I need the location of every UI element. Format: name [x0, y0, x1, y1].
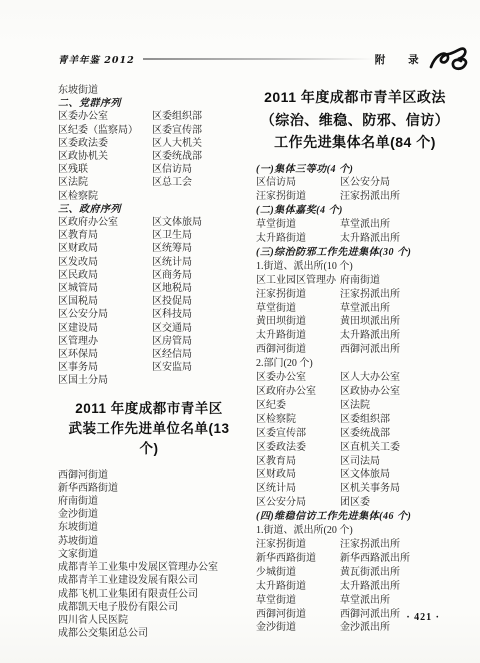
list-item: 成都青羊工业建设发展有限公司 — [58, 574, 240, 587]
table-row: 区委宣传部区委统战部 — [256, 427, 454, 441]
cell-col1: 区民政局 — [58, 269, 152, 282]
table-row: 区检察院区委组织部 — [256, 413, 454, 427]
list-item: 西御河街道 — [58, 469, 240, 482]
cell-col2: 区安监局 — [152, 361, 240, 374]
cell-col2: 汪家拐派出所 — [340, 538, 454, 552]
table-row: 区环保局区经信局 — [58, 348, 240, 361]
list-item: 成都凯天电子股份有限公司 — [58, 601, 240, 614]
cell-col1: 新华西路街道 — [256, 552, 340, 566]
table-row: 太升路街道太升路派出所 — [256, 580, 454, 594]
table-row: 区残联区信访局 — [58, 163, 240, 176]
table-row: 区信访局区公安分局 — [256, 176, 454, 190]
cell-col1: 区国税局 — [58, 295, 152, 308]
cell-col2: 区文体旅局 — [340, 468, 454, 482]
cell-col2: 区科技局 — [152, 308, 240, 321]
cell-col1: 区教育局 — [256, 455, 340, 469]
table-row: 区教育局区司法局 — [256, 455, 454, 469]
cell-col1: 金沙街道 — [256, 621, 340, 635]
cell-col2: 区法院 — [340, 399, 454, 413]
cell-col2: 团区委 — [340, 496, 454, 510]
cell-col2: 区交通局 — [152, 322, 240, 335]
cell-col1: 草堂街道 — [256, 594, 340, 608]
table-row: 汪家拐街道汪家拐派出所 — [256, 538, 454, 552]
cell-col1: 区委政法委 — [256, 441, 340, 455]
cell-col1: 区信访局 — [256, 176, 340, 190]
table-row: 区公安分局区科技局 — [58, 308, 240, 321]
table-row: 区委办公室区人大办公室 — [256, 371, 454, 385]
cell-col1: 区公安分局 — [256, 496, 340, 510]
cell-col1: 区纪委（监察局） — [58, 124, 152, 137]
right-heading-line1: 2011 年度成都市青羊区政法 — [264, 89, 446, 105]
table-row: 汪家拐街道汪家拐派出所 — [256, 288, 454, 302]
list-item: 东坡街道 — [58, 521, 240, 534]
cell-col1: 西御河街道 — [256, 343, 340, 357]
cell-col2: 区政协办公室 — [340, 385, 454, 399]
cell-col1: 区建设局 — [58, 322, 152, 335]
list-item: 东坡街道 — [58, 84, 240, 97]
cell-col2 — [152, 190, 240, 203]
cell-col2: 太升路派出所 — [340, 329, 454, 343]
cell-col1: 太升路街道 — [256, 329, 340, 343]
cell-col1: 区财政局 — [58, 242, 152, 255]
table-row: 区委政法委区直机关工委 — [256, 441, 454, 455]
left-directory: 东坡街道二、党群序列区委办公室区委组织部区纪委（监察局）区委宣传部区委政法委区人… — [58, 84, 240, 388]
cell-col1: 少城街道 — [256, 566, 340, 580]
cell-col1: 区公安分局 — [58, 308, 152, 321]
cell-col2: 区委宣传部 — [152, 124, 240, 137]
cell-col2: 区房管局 — [152, 335, 240, 348]
scanned-page: 青羊年鉴 2012 附 录 东坡街道二、党群序列区委办公室区委组织部区纪委（监察… — [0, 0, 480, 663]
cell-col1: 区工业园区管理办 — [256, 274, 340, 288]
cell-col2: 新华西路派出所 — [340, 552, 454, 566]
section-label: (一)集体三等功(4 个) — [256, 163, 454, 177]
right-heading: 2011 年度成都市青羊区政法 （综治、维稳、防邪、信访） 工作先进集体名单(8… — [256, 86, 454, 154]
table-row: 区工业园区管理办府南街道 — [256, 274, 454, 288]
table-row: 区法院区总工会 — [58, 176, 240, 189]
table-row: 区统计局区机关事务局 — [256, 482, 454, 496]
cell-col1: 西御河街道 — [256, 608, 340, 622]
cell-col1: 区国土分局 — [58, 374, 152, 387]
right-award-blocks: (一)集体三等功(4 个)区信访局区公安分局汪家拐街道汪家拐派出所(二)集体嘉奖… — [256, 163, 454, 636]
right-column: 2011 年度成都市青羊区政法 （综治、维稳、防邪、信访） 工作先进集体名单(8… — [256, 84, 454, 633]
left-column: 东坡街道二、党群序列区委办公室区委组织部区纪委（监察局）区委宣传部区委政法委区人… — [58, 84, 240, 633]
table-row: 少城街道黄瓦街派出所 — [256, 566, 454, 580]
table-row: 区政协机关区委统战部 — [58, 150, 240, 163]
page-number: · 421 · — [406, 612, 440, 623]
cell-col2: 区统筹局 — [152, 242, 240, 255]
cell-col2: 区文体旅局 — [152, 216, 240, 229]
cell-col1: 区法院 — [58, 176, 152, 189]
cell-col2: 区委统战部 — [340, 427, 454, 441]
cell-col1: 区委政法委 — [58, 137, 152, 150]
section-label: (二)集体嘉奖(4 个) — [256, 204, 454, 218]
list-item: 成都青羊工业集中发展区管理办公室 — [58, 561, 240, 574]
cell-col2: 草堂派出所 — [340, 302, 454, 316]
cell-col1: 区残联 — [58, 163, 152, 176]
book-title: 青羊年鉴 2012 — [58, 52, 135, 66]
cell-col1: 汪家拐街道 — [256, 538, 340, 552]
cell-col2: 草堂派出所 — [340, 218, 454, 232]
table-row: 区建设局区交通局 — [58, 322, 240, 335]
cell-col2: 汪家拐派出所 — [340, 190, 454, 204]
table-row: 新华西路街道新华西路派出所 — [256, 552, 454, 566]
cell-col2: 区委组织部 — [340, 413, 454, 427]
table-row: 区纪委区法院 — [256, 399, 454, 413]
cell-col2: 区委统战部 — [152, 150, 240, 163]
left-heading-line1: 2011 年度成都市青羊区 — [75, 401, 223, 416]
table-row: 区国税局区投促局 — [58, 295, 240, 308]
list-item: 成都飞机工业集团有限责任公司 — [58, 588, 240, 601]
cell-col1: 区政协机关 — [58, 150, 152, 163]
table-row: 区政府办公室区文体旅局 — [58, 216, 240, 229]
section-label: 二、党群序列 — [58, 97, 240, 110]
list-item: 府南街道 — [58, 495, 240, 508]
left-heading: 2011 年度成都市青羊区 武装工作先进单位名单(13 个) — [58, 399, 240, 459]
cell-col2: 太升路派出所 — [340, 232, 454, 246]
table-row: 金沙街道金沙派出所 — [256, 621, 454, 635]
cell-col1: 草堂街道 — [256, 218, 340, 232]
cell-col2: 太升路派出所 — [340, 580, 454, 594]
cell-col1: 区环保局 — [58, 348, 152, 361]
table-row: 区国土分局 — [58, 374, 240, 387]
cell-col2: 西御河派出所 — [340, 343, 454, 357]
cell-col2: 区人大办公室 — [340, 371, 454, 385]
table-row: 汪家拐街道汪家拐派出所 — [256, 190, 454, 204]
cell-col2: 区地税局 — [152, 282, 240, 295]
section-label: (四)维稳信访工作先进集体(46 个) — [256, 510, 454, 524]
list-item: 金沙街道 — [58, 508, 240, 521]
cell-col2: 金沙派出所 — [340, 621, 454, 635]
table-row: 黄田坝街道黄田坝派出所 — [256, 315, 454, 329]
cell-col1: 汪家拐街道 — [256, 190, 340, 204]
left-heading-line2: 武装工作先进单位名单(13 个) — [68, 421, 229, 456]
cell-col1: 太升路街道 — [256, 580, 340, 594]
table-row: 区财政局区文体旅局 — [256, 468, 454, 482]
cell-col1: 区委办公室 — [58, 110, 152, 123]
cell-col1: 区委办公室 — [256, 371, 340, 385]
left-award-list: 西御河街道新华西路街道府南街道金沙街道东坡街道苏坡街道文家街道成都青羊工业集中发… — [58, 469, 240, 641]
cell-col2: 区商务局 — [152, 269, 240, 282]
right-heading-line2: （综治、维稳、防邪、信访） — [261, 112, 450, 128]
table-row: 区政府办公室区政协办公室 — [256, 385, 454, 399]
table-row: 区管理办区房管局 — [58, 335, 240, 348]
cell-col1: 区财政局 — [256, 468, 340, 482]
cell-col1: 区管理办 — [58, 335, 152, 348]
cell-col1: 区教育局 — [58, 229, 152, 242]
running-head: 青羊年鉴 2012 附 录 — [58, 50, 446, 68]
table-row: 太升路街道太升路派出所 — [256, 329, 454, 343]
table-row: 太升路街道太升路派出所 — [256, 232, 454, 246]
table-row: 区公安分局团区委 — [256, 496, 454, 510]
cell-col1: 区纪委 — [256, 399, 340, 413]
list-item: 文家街道 — [58, 548, 240, 561]
cell-col2: 区统计局 — [152, 256, 240, 269]
cell-col1: 太升路街道 — [256, 232, 340, 246]
right-heading-line3: 工作先进集体名单(84 个) — [274, 134, 436, 150]
list-item: 四川省人民医院 — [58, 614, 240, 627]
cell-col1: 区检察院 — [256, 413, 340, 427]
cell-col1: 区委宣传部 — [256, 427, 340, 441]
section-label: 1.街道、派出所(20 个) — [256, 524, 454, 538]
table-row: 区财政局区统筹局 — [58, 242, 240, 255]
cell-col2: 草堂派出所 — [340, 594, 454, 608]
cell-col2: 黄瓦街派出所 — [340, 566, 454, 580]
cell-col1: 区政府办公室 — [256, 385, 340, 399]
cell-col2 — [152, 374, 240, 387]
section-label: 1.街道、派出所(10 个) — [256, 260, 454, 274]
table-row: 区事务局区安监局 — [58, 361, 240, 374]
cell-col1: 区检察院 — [58, 190, 152, 203]
table-row: 区发改局区统计局 — [58, 256, 240, 269]
list-item: 新华西路街道 — [58, 482, 240, 495]
cell-col1: 区事务局 — [58, 361, 152, 374]
cell-col2: 区经信局 — [152, 348, 240, 361]
table-row: 区纪委（监察局）区委宣传部 — [58, 124, 240, 137]
header-rule — [143, 58, 375, 60]
table-row: 区民政局区商务局 — [58, 269, 240, 282]
section-title: 附 录 — [375, 52, 425, 67]
cell-col2: 区人大机关 — [152, 137, 240, 150]
list-item: 成都公交集团总公司 — [58, 627, 240, 640]
cell-col2: 区直机关工委 — [340, 441, 454, 455]
table-row: 西御河街道西御河派出所 — [256, 343, 454, 357]
cell-col2: 黄田坝派出所 — [340, 315, 454, 329]
section-label: 三、政府序列 — [58, 203, 240, 216]
cell-col1: 草堂街道 — [256, 302, 340, 316]
list-item: 苏坡街道 — [58, 535, 240, 548]
cell-col2: 区信访局 — [152, 163, 240, 176]
section-label: 2.部门(20 个) — [256, 357, 454, 371]
cell-col2: 区卫生局 — [152, 229, 240, 242]
cell-col2: 区投促局 — [152, 295, 240, 308]
page-body: 东坡街道二、党群序列区委办公室区委组织部区纪委（监察局）区委宣传部区委政法委区人… — [58, 84, 454, 633]
cell-col2: 区总工会 — [152, 176, 240, 189]
table-row: 区委政法委区人大机关 — [58, 137, 240, 150]
table-row: 草堂街道草堂派出所 — [256, 218, 454, 232]
cell-col2: 府南街道 — [340, 274, 454, 288]
table-row: 区城管局区地税局 — [58, 282, 240, 295]
cell-col2: 区机关事务局 — [340, 482, 454, 496]
cell-col2: 区司法局 — [340, 455, 454, 469]
table-row: 草堂街道草堂派出所 — [256, 594, 454, 608]
table-row: 区委办公室区委组织部 — [58, 110, 240, 123]
table-row: 区检察院 — [58, 190, 240, 203]
cell-col2: 区公安分局 — [340, 176, 454, 190]
cell-col1: 黄田坝街道 — [256, 315, 340, 329]
cell-col1: 汪家拐街道 — [256, 288, 340, 302]
cell-col1: 区统计局 — [256, 482, 340, 496]
table-row: 草堂街道草堂派出所 — [256, 302, 454, 316]
calligraphic-flourish-icon — [429, 45, 469, 73]
cell-col1: 区发改局 — [58, 256, 152, 269]
cell-col2: 汪家拐派出所 — [340, 288, 454, 302]
cell-col1: 区城管局 — [58, 282, 152, 295]
cell-col2: 区委组织部 — [152, 110, 240, 123]
table-row: 区教育局区卫生局 — [58, 229, 240, 242]
cell-col1: 区政府办公室 — [58, 216, 152, 229]
section-label: (三)综治防邪工作先进集体(30 个) — [256, 246, 454, 260]
